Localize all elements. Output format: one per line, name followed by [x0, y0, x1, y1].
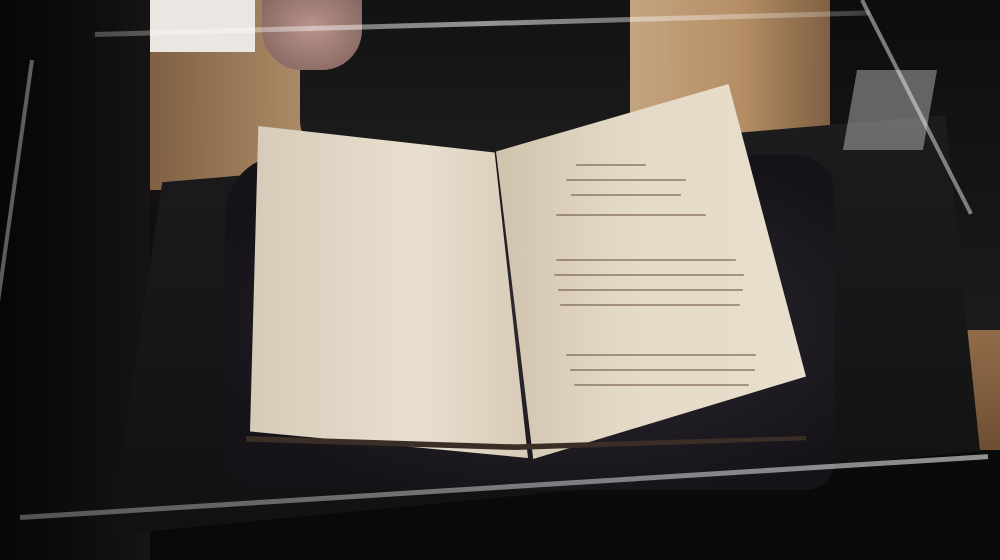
handwriting	[570, 369, 755, 371]
handwriting	[558, 289, 743, 291]
handwriting	[556, 259, 736, 261]
handwriting	[571, 194, 681, 196]
manuscript-book	[246, 84, 811, 464]
handwriting	[566, 179, 686, 181]
handwriting	[560, 304, 740, 306]
handwriting	[576, 164, 646, 166]
hand	[262, 0, 362, 70]
handwriting	[574, 384, 749, 386]
handwriting	[566, 354, 756, 356]
glass-reflection	[843, 70, 937, 150]
photo-scene	[0, 0, 1000, 560]
handwriting	[556, 214, 706, 216]
handwriting	[554, 274, 744, 276]
right-page	[496, 84, 806, 459]
left-page	[250, 126, 528, 458]
